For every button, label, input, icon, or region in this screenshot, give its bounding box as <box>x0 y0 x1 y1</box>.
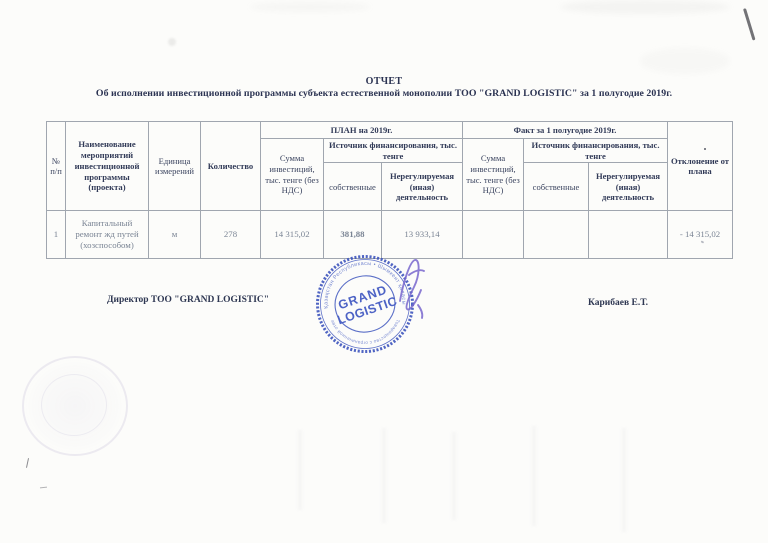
header-cell-plan-unregulated: Нерегулируемая (иная) деятельность <box>382 163 463 211</box>
header-cell-fact-own: собственные <box>524 163 589 211</box>
ghost-stamp-impression <box>22 356 128 456</box>
header-cell-name: Наименование мероприятий инвестиционной … <box>66 122 149 211</box>
cell-deviation: - 14 315,02 <box>668 211 733 259</box>
header-cell-fact: Факт за 1 полугодие 2019г. <box>463 122 668 139</box>
bleed-through-streak <box>298 430 302 510</box>
bleed-through-streak <box>622 428 626 532</box>
investment-report-table: № п/п Наименование мероприятий инвестици… <box>46 121 733 259</box>
header-cell-plan-sum: Сумма инвестиций, тыс. тенге (без НДС) <box>261 139 324 211</box>
header-cell-no: № п/п <box>47 122 66 211</box>
scan-smudge <box>560 0 730 14</box>
pen-dash-bottom-left <box>40 487 47 489</box>
company-stamp: Қазақстан Республикасы • Шымкент қаласы … <box>302 245 442 365</box>
bleed-through-streak <box>532 426 536 526</box>
cell-fact-sum <box>463 211 524 259</box>
cell-qty: 278 <box>201 211 261 259</box>
director-name: Карибаев Е.Т. <box>588 298 648 308</box>
cell-unit: м <box>149 211 201 259</box>
cell-no: 1 <box>47 211 66 259</box>
header-cell-plan-source: Источник финансирования, тыс. тенге <box>324 139 463 163</box>
header-cell-plan-own: собственные <box>324 163 382 211</box>
scan-smudge <box>250 2 370 12</box>
cell-fact-own <box>524 211 589 259</box>
bleed-through-streak <box>382 428 386 523</box>
bleed-through-streak <box>452 432 456 520</box>
report-subtitle: Об исполнении инвестиционной программы с… <box>0 88 768 99</box>
scan-smudge <box>168 38 176 46</box>
scan-smudge <box>640 48 730 74</box>
header-cell-deviation: Отклонение от плана <box>668 122 733 211</box>
scanned-report-page: ОТЧЕТ Об исполнении инвестиционной прогр… <box>0 0 768 543</box>
header-cell-qty: Количество <box>201 122 261 211</box>
pen-tick-bottom-left <box>26 458 29 468</box>
header-cell-unit: Единица измерений <box>149 122 201 211</box>
header-cell-fact-source: Источник финансирования, тыс. тенге <box>524 139 668 163</box>
header-cell-fact-unregulated: Нерегулируемая (иная) деятельность <box>589 163 668 211</box>
cell-name: Капитальный ремонт жд путей (хозспособом… <box>66 211 149 259</box>
director-signature-label: Директор ТОО "GRAND LOGISTIC" <box>107 295 269 305</box>
report-title: ОТЧЕТ <box>0 76 768 87</box>
header-cell-plan: ПЛАН на 2019г. <box>261 122 463 139</box>
ghost-stamp-inner-ring <box>41 374 107 436</box>
cell-fact-unregulated <box>589 211 668 259</box>
pen-stroke-top-right <box>743 8 755 40</box>
header-cell-fact-sum: Сумма инвестиций, тыс. тенге (без НДС) <box>463 139 524 211</box>
